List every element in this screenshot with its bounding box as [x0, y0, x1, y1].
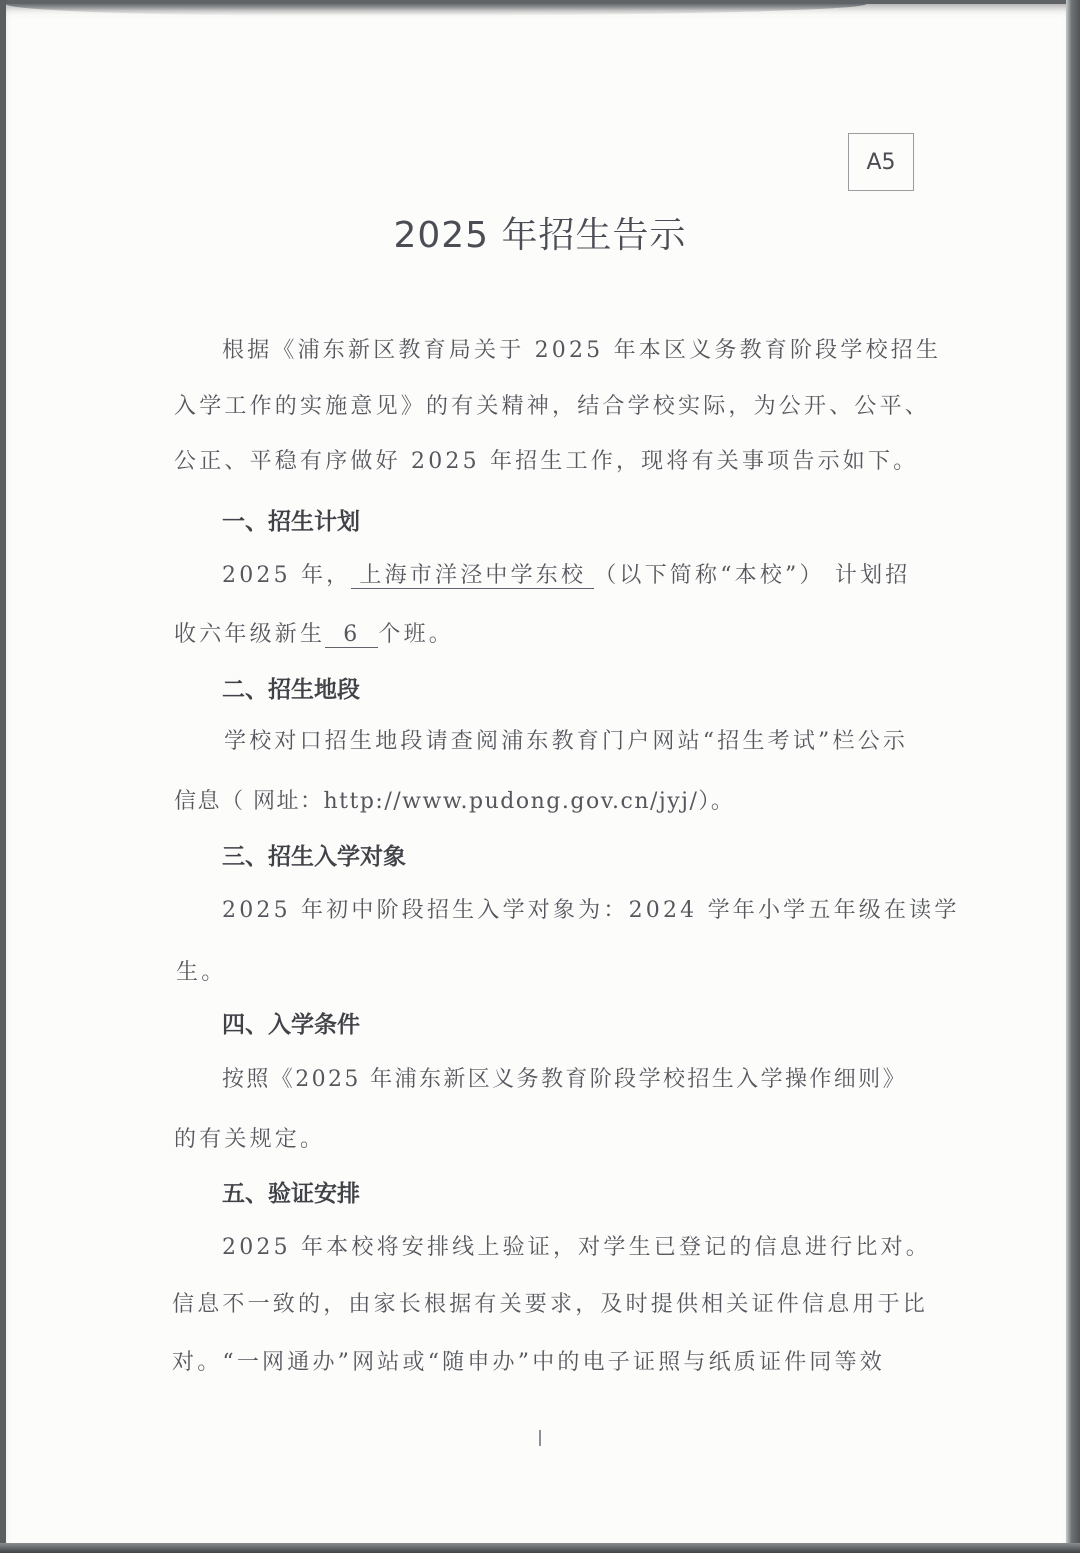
page-number	[539, 1430, 541, 1446]
intro-line-1: 根据《浦东新区教育局关于 2025 年本区义务教育阶段学校招生	[222, 333, 941, 364]
section-3-line-2: 生。	[176, 955, 226, 986]
text: 个班。	[378, 622, 454, 647]
section-5-line-3: 对。“一网通办”网站或“随申办”中的电子证照与纸质证件同等效	[172, 1345, 885, 1376]
class-count-field: 6	[325, 622, 378, 648]
section-heading-4: 四、入学条件	[222, 1006, 360, 1039]
section-heading-2: 二、招生地段	[222, 671, 360, 704]
intro-line-3: 公正、平稳有序做好 2025 年招生工作，现将有关事项告示如下。	[174, 444, 918, 475]
section-4-line-1: 按照《2025 年浦东新区义务教育阶段学校招生入学操作细则》	[222, 1062, 907, 1093]
section-heading-5: 五、验证安排	[222, 1175, 360, 1208]
intro-line-2: 入学工作的实施意见》的有关精神，结合学校实际，为公开、公平、	[174, 389, 930, 420]
scan-top-shadow	[6, 4, 866, 16]
text: 收六年级新生	[174, 622, 325, 647]
section-2-line-1: 学校对口招生地段请查阅浦东教育门户网站“招生考试”栏公示	[224, 724, 908, 755]
section-1-line-1: 2025 年，上海市洋泾中学东校（以下简称“本校”） 计划招	[222, 558, 911, 589]
scan-bottom-edge	[0, 1543, 1080, 1553]
text: 2025 年，	[222, 563, 351, 588]
text: （以下简称“本校”） 计划招	[594, 563, 910, 588]
section-3-line-1: 2025 年初中阶段招生入学对象为：2024 学年小学五年级在读学	[222, 893, 960, 924]
section-1-line-2: 收六年级新生6个班。	[174, 617, 454, 648]
page-title: 2025 年招生告示	[0, 207, 1080, 258]
section-heading-1: 一、招生计划	[222, 503, 360, 536]
school-name-field: 上海市洋泾中学东校	[351, 563, 594, 589]
section-5-line-1: 2025 年本校将安排线上验证，对学生已登记的信息进行比对。	[222, 1230, 931, 1261]
section-5-line-2: 信息不一致的，由家长根据有关要求，及时提供相关证件信息用于比	[172, 1287, 928, 1318]
section-heading-3: 三、招生入学对象	[222, 838, 406, 871]
section-4-line-2: 的有关规定。	[174, 1122, 325, 1153]
document-code-box: A5	[848, 133, 914, 191]
section-2-line-2: 信息（ 网址：http://www.pudong.gov.cn/jyj/）。	[174, 784, 734, 815]
